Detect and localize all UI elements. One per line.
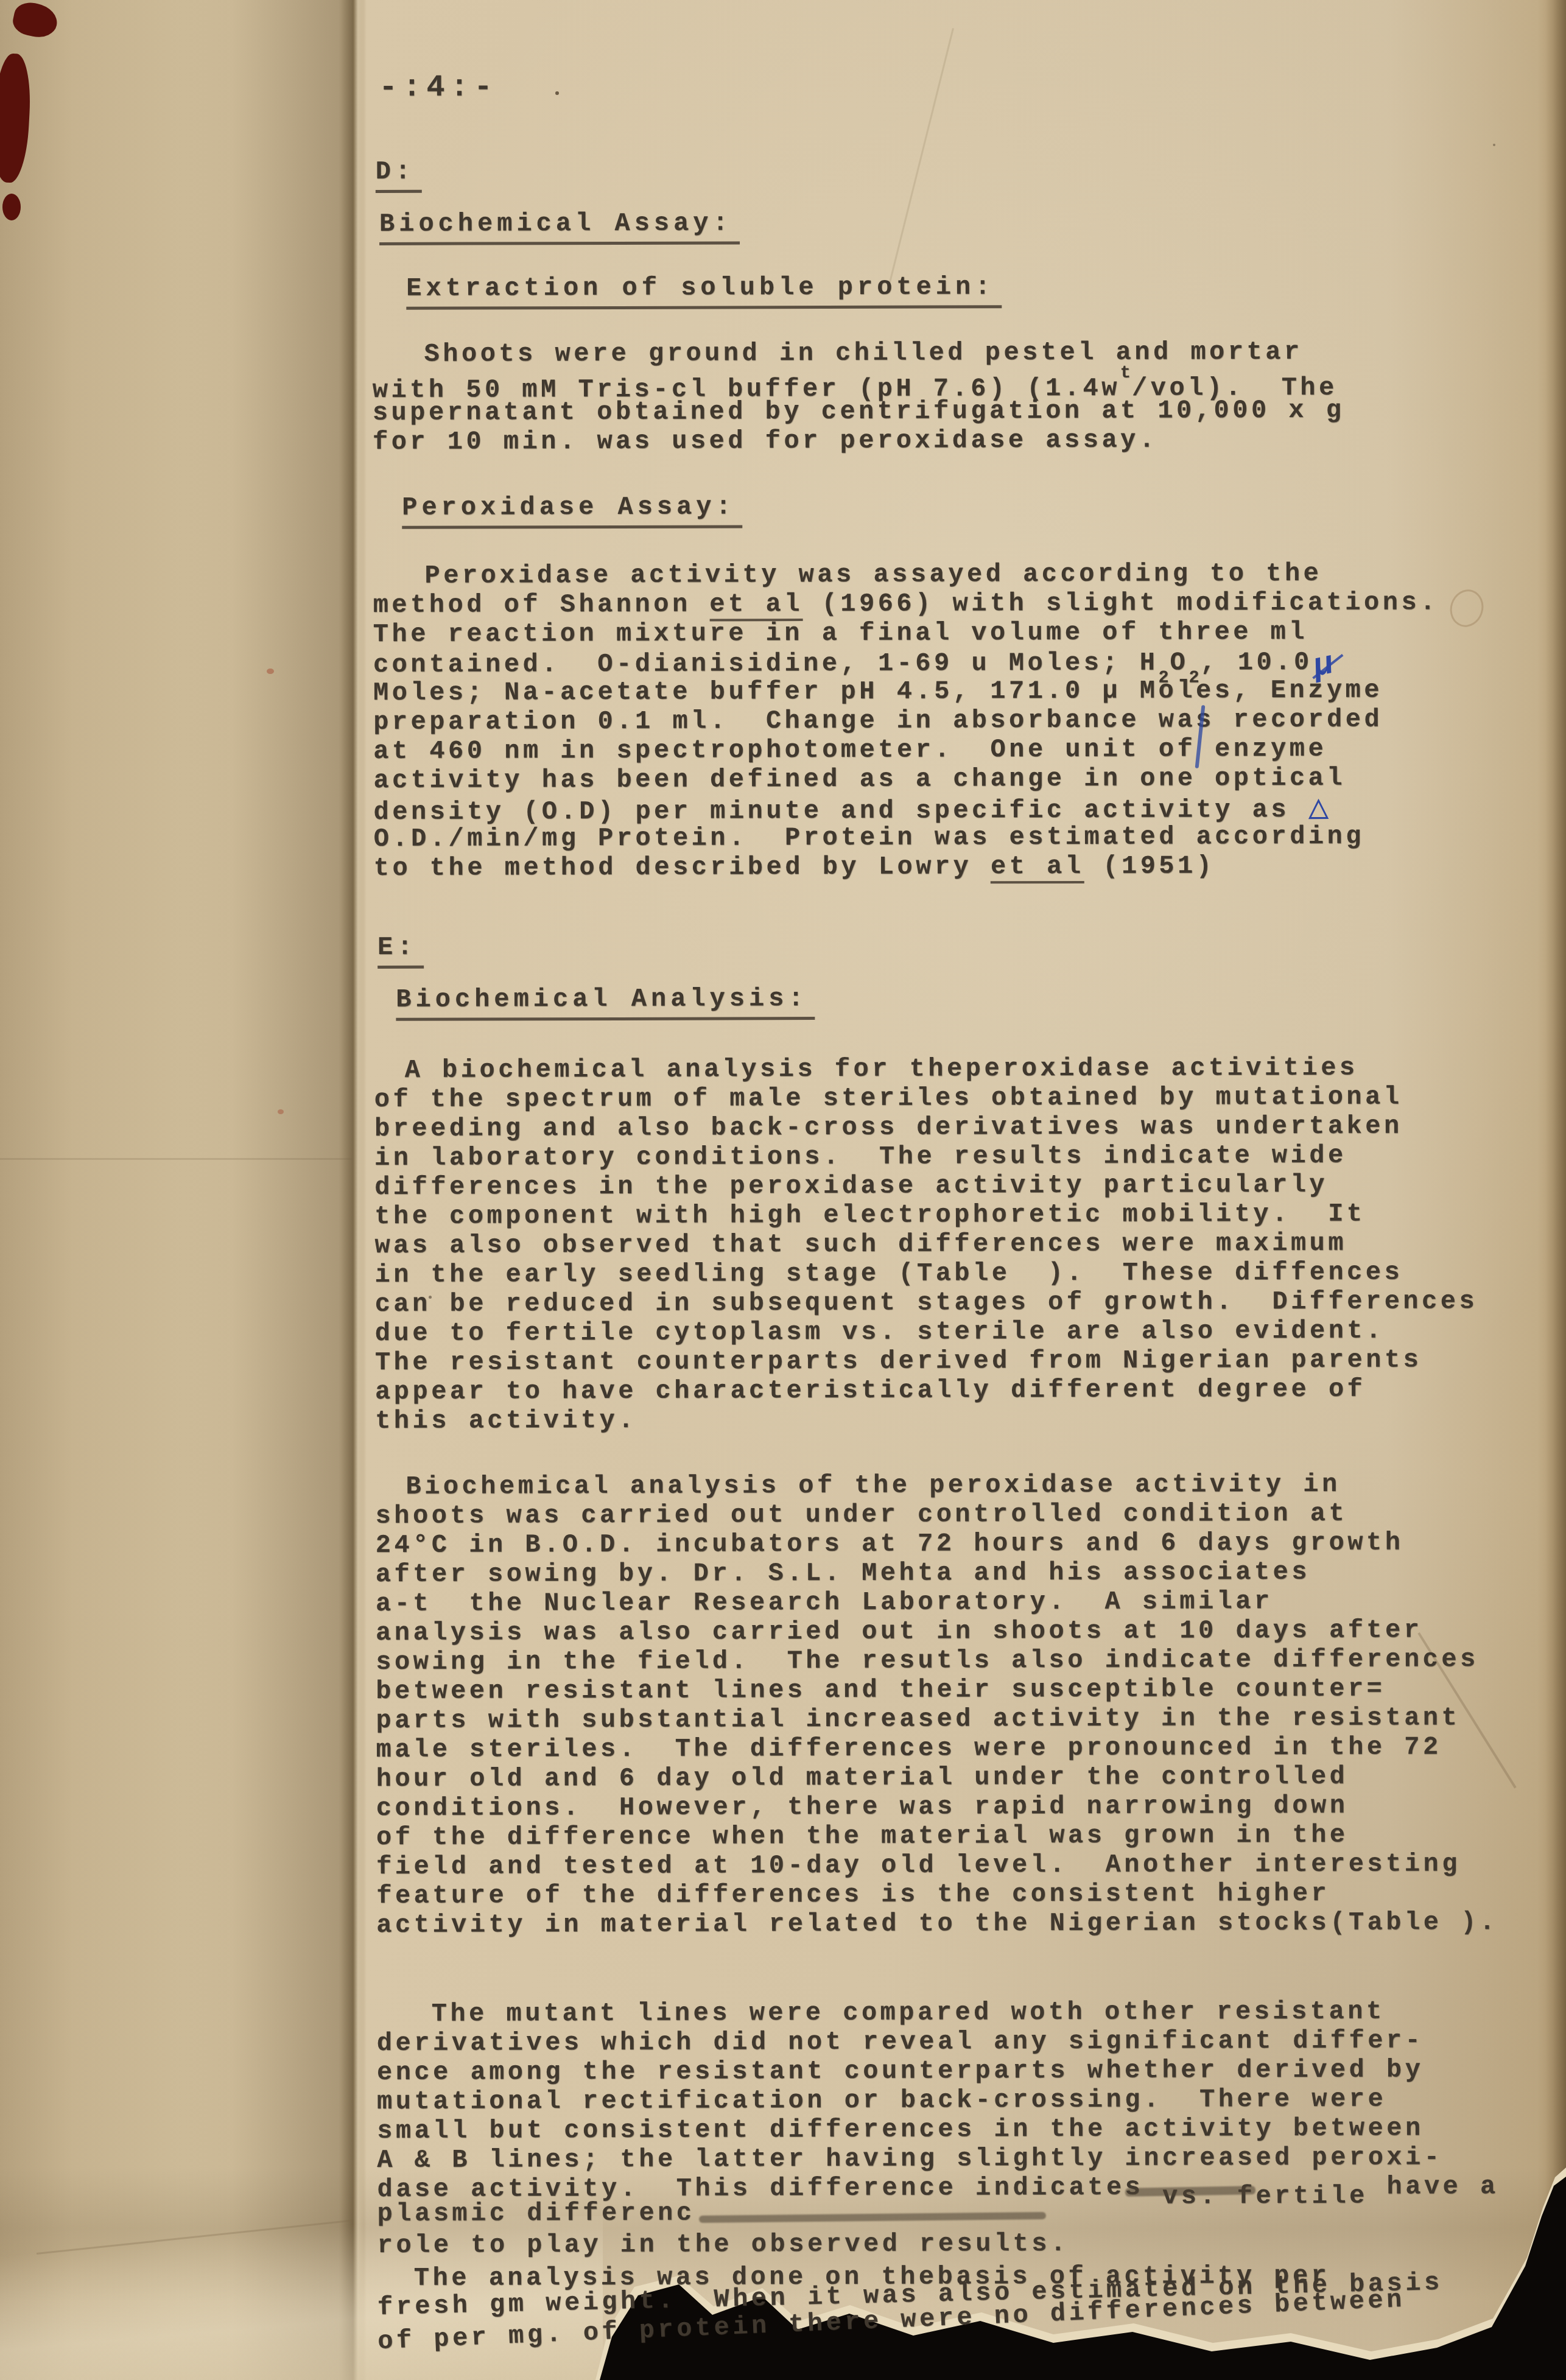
text-line: A biochemical analysis for theperoxidase… <box>374 1053 1478 1085</box>
text-line: Peroxidase activity was assayed accordin… <box>373 558 1438 591</box>
text-line: this activity. <box>375 1403 1478 1436</box>
typed-text-layer: -:4:- D: Biochemical Assay: Extraction o… <box>0 0 1566 2380</box>
text-line: supernatant obtained by centrifugation a… <box>373 396 1345 427</box>
text-line: for 10 min. was used for peroxidase assa… <box>373 425 1345 457</box>
superscript-t: t <box>1120 363 1132 383</box>
text-line: in laboratory conditions. The results in… <box>374 1140 1478 1173</box>
text-line: method of Shannon et al (1966) with slig… <box>373 588 1439 620</box>
text-line: A & B lines; the latter having slightly … <box>377 2143 1498 2175</box>
paragraph-analysis-1: A biochemical analysis for theperoxidase… <box>374 1053 1478 1436</box>
heading-biochemical-analysis: Biochemical Analysis: <box>396 984 815 1021</box>
handwritten-delta-annotation: △ <box>1308 794 1332 823</box>
text-line: mutational rectification or back-crossin… <box>377 2084 1498 2116</box>
paragraph-lines: The mutant lines were compared woth othe… <box>377 1996 1499 2175</box>
subscript-2: 2 <box>1158 668 1170 688</box>
text-line: to the method described by Lowry et al (… <box>374 851 1439 883</box>
text-line: field and tested at 10-day old level. An… <box>376 1849 1498 1881</box>
text-line: 24°C in B.O.D. incubators at 72 hours an… <box>376 1528 1497 1560</box>
section-d-label: D: <box>376 157 423 193</box>
text-line: small but consistent differences in the … <box>377 2113 1498 2146</box>
heading-extraction: Extraction of soluble protein: <box>406 272 1002 310</box>
text-line: O.D./min/mg Protein. Protein was estimat… <box>374 821 1439 854</box>
text-line: analysis was also carried out in shoots … <box>376 1615 1497 1648</box>
text-line: contained. O-dianisidine, 1-69 u Moles; … <box>373 646 1439 678</box>
text-line: due to fertile cytoplasm vs. sterile are… <box>375 1316 1478 1348</box>
text-line: hour old and 6 day old material under th… <box>376 1761 1498 1794</box>
text-line: activity has been defined as a change in… <box>373 763 1439 795</box>
paragraph-final: The analysis was done on thebasis of act… <box>377 2261 1444 2351</box>
text-line-overstruck: plasmic differenc <box>377 2196 1498 2226</box>
text-line: Shoots were ground in chilled pestel and… <box>372 337 1344 369</box>
underlined-et-al: et al <box>709 589 803 621</box>
text-line: The mutant lines were compared woth othe… <box>377 1996 1498 2029</box>
text-line: after sowing by. Dr. S.L. Mehta and his … <box>376 1557 1497 1589</box>
text-line: with 50 mM Tris-cl buffer (pH 7.6) (1.4w… <box>373 367 1345 398</box>
text-line: of the difference when the material was … <box>376 1820 1498 1852</box>
text-line: in the early seedling stage (Table ). Th… <box>374 1257 1478 1290</box>
text-line: a-t the Nuclear Research Laboratory. A s… <box>376 1586 1497 1618</box>
text-line: differences in the peroxidase activity p… <box>374 1170 1478 1202</box>
text-line: ence among the resistant counterparts wh… <box>377 2055 1498 2087</box>
paragraph-extraction: Shoots were ground in chilled pestel and… <box>372 337 1344 457</box>
paragraph-mutant-lines: The mutant lines were compared woth othe… <box>377 1996 1499 2260</box>
text-line: sowing in the field. The resutls also in… <box>376 1645 1497 1677</box>
text-line: breeding and also back-cross derivatives… <box>374 1111 1478 1143</box>
text-line: density (O.D) per minute and specific ac… <box>373 792 1439 824</box>
paragraph-lines: A biochemical analysis for theperoxidase… <box>374 1053 1478 1436</box>
text-line: activity in material related to the Nige… <box>376 1908 1498 1940</box>
text-line: preparation 0.1 ml. Change in absorbance… <box>373 704 1439 737</box>
heading-peroxidase-assay: Peroxidase Assay: <box>402 492 743 528</box>
handwritten-mu-annotation: µ <box>1311 649 1340 683</box>
underlined-et-al: et al <box>991 852 1084 883</box>
text-line: The reaction mixture in a final volume o… <box>373 617 1439 649</box>
text-line: derivatives which did not reveal any sig… <box>377 2026 1498 2058</box>
text-line: role to play in the observed results. <box>377 2228 1499 2260</box>
section-e-label: E: <box>377 933 424 969</box>
heading-biochemical-assay: Biochemical Assay: <box>379 208 740 245</box>
subscript-2: 2 <box>1189 668 1200 688</box>
text-line: The resistant counterparts derived from … <box>375 1345 1478 1377</box>
text-line: at 460 nm in spectrophotometer. One unit… <box>373 734 1439 766</box>
text-line: shoots was carried out under controlled … <box>375 1498 1497 1531</box>
text-line: between resistant lines and their suscep… <box>376 1674 1497 1706</box>
paragraph-lines: Biochemical analysis of the peroxidase a… <box>375 1469 1498 1940</box>
paragraph-analysis-2: Biochemical analysis of the peroxidase a… <box>375 1469 1498 1940</box>
text-line: can be reduced in subsequent stages of g… <box>375 1287 1478 1319</box>
paragraph-peroxidase: Peroxidase activity was assayed accordin… <box>373 558 1439 883</box>
text-line: Moles; Na-acetate buffer pH 4.5, 171.0 µ… <box>373 675 1439 707</box>
text-line: of the spectrum of male steriles obtaine… <box>374 1082 1478 1114</box>
text-line: parts with substantial increased activit… <box>376 1703 1497 1735</box>
text-line: male steriles. The differences were pron… <box>376 1732 1497 1764</box>
text-line: appear to have characteristically differ… <box>375 1374 1478 1406</box>
scanned-document-page: -:4:- D: Biochemical Assay: Extraction o… <box>0 0 1566 2380</box>
text-line: Biochemical analysis of the peroxidase a… <box>375 1469 1497 1501</box>
text-line: feature of the differences is the consis… <box>376 1878 1498 1911</box>
text-line: conditions. However, there was rapid nar… <box>376 1791 1498 1823</box>
text-line: was also observed that such differences … <box>374 1228 1478 1260</box>
text-line: the component with high electrophoretic … <box>374 1199 1478 1231</box>
page-number: -:4:- <box>379 70 497 105</box>
